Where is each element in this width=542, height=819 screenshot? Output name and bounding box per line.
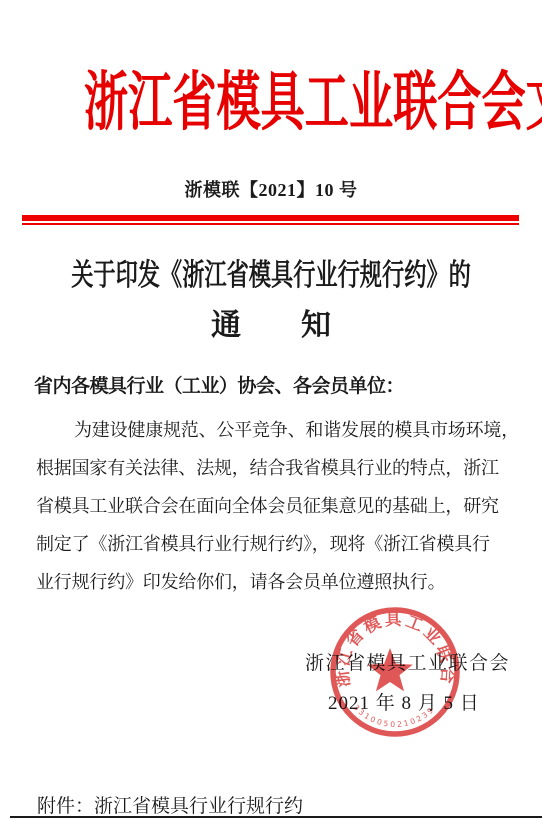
red-separator-rule [22, 215, 519, 225]
document-number: 浙模联【2021】10 号 [0, 176, 542, 202]
notice-title-line1: 关于印发《浙江省模具行业行规行约》的 [70, 250, 471, 294]
official-red-seal: 浙江省模具工业联合会 3310050210239 [323, 600, 467, 744]
body-paragraph-line: 为建设健康规范、公平竞争、和谐发展的模具市场环境， [74, 416, 519, 442]
bottom-divider-line [10, 816, 542, 818]
red-rule-thin-line [22, 223, 519, 225]
body-paragraph-line: 业行规行约》印发给你们，请各会员单位遵照执行。 [36, 568, 445, 594]
body-paragraph-line: 根据国家有关法律、法规，结合我省模具行业的特点，浙江 [36, 454, 499, 480]
salutation: 省内各模具行业（工业）协会、各会员单位： [34, 371, 404, 398]
notice-title-line2: 通 知 [0, 300, 542, 344]
document-page: 浙江省模具工业联合会文件 浙模联【2021】10 号 关于印发《浙江省模具行业行… [0, 0, 542, 819]
body-paragraph-line: 省模具工业联合会在面向全体会员征集意见的基础上，研究 [36, 492, 499, 518]
banner-title: 浙江省模具工业联合会文件 [84, 64, 458, 142]
seal-star-icon [367, 648, 413, 691]
body-paragraph-line: 制定了《浙江省模具行业行规行约》，现将《浙江省模具行 [36, 530, 490, 556]
attachment-note: 附件：浙江省模具行业行规行约 [37, 791, 303, 818]
